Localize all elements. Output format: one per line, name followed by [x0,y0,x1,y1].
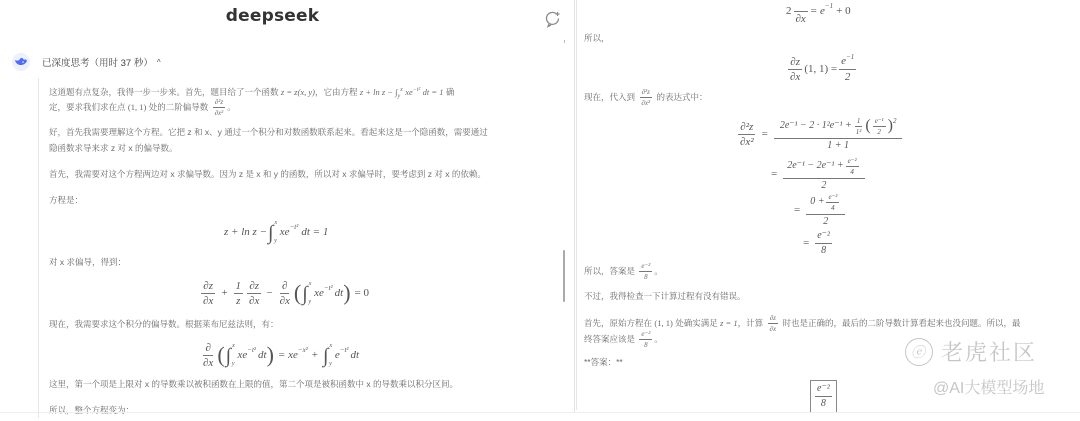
text: 定，要求我们求在点 [49,102,126,112]
derivation-line-2: = 2e⁻¹ − 2e⁻¹ + e⁻²4 2 [771,156,867,192]
thinking-header[interactable]: 已深度思考（用时 37 秒） ^ [12,53,161,71]
decor-dot [564,40,565,43]
thought-paragraph-2-line2: 隐函数求导来求 z 对 x 的偏导数。 [49,140,177,156]
text: 终答案应该是 [584,334,635,344]
thought-paragraph-r5-line2: 终答案应该是 e⁻²8。 [584,330,663,349]
text: 。 [654,334,663,344]
equation-top-partial: 2 ∂z∂x = e−1 + 0 [786,0,851,22]
thought-paragraph-r6: **答案：** [584,354,623,370]
final-answer-boxed: e⁻²8 [808,380,839,413]
math-inline: z = 1 [720,318,738,328]
thought-paragraph-r3: 所以，答案是 e⁻²8。 [584,262,663,281]
math-inline-fraction: ∂²z∂x² [213,98,226,117]
thought-paragraph-4: 方程是： [49,192,83,208]
brand-logo: deepseek [0,6,545,26]
text: 。 [654,266,663,276]
text: 所以，答案是 [584,266,635,276]
text: 。 [227,102,236,112]
watermark-line-2: @AI大模型场地 [933,375,1044,398]
text: 确 [446,87,455,97]
derivation-line-4: = e⁻²8 [803,228,834,258]
watermark-line-1: ⓔ 老虎社区 [905,336,1044,367]
thought-paragraph-8: 所以，整个方程变为： [49,402,134,418]
watermark-logo-icon: ⓔ [905,338,933,366]
text: ，计算 [738,318,764,328]
equation-2: ∂z∂x + 1z ∂z∂x − ∂∂x ( ∫xy xe−t² dt ) = … [199,273,369,313]
math-inline-fraction: ∂z∂x [768,314,779,333]
panel-divider [574,0,575,412]
deepseek-whale-icon [12,53,30,71]
math-inline-fraction: e⁻²8 [639,330,652,349]
text: 首先，原始方程在 [584,318,652,328]
math-inline: z + ln z − ∫ [360,87,398,97]
thought-paragraph-7: 这里，第一个项是上限对 x 的导数乘以被积函数在上限的值，第二个项是被积函数中 … [49,376,458,392]
text: 的表达式中： [656,92,707,102]
left-chat-panel: deepseek 已深度思考（用时 37 秒） ^ 这道题有点复杂，我得一步一步… [0,0,570,421]
new-chat-icon[interactable] [544,10,562,28]
text: ，它由方程 [315,87,358,97]
math-inline: z = z(x, y) [281,87,315,97]
equation-dzdx-value: ∂z∂x (1, 1) = e−12 [786,52,858,86]
thought-paragraph-r4: 不过，我得检查一下计算过程有没有错误。 [584,288,746,304]
text: 处的二阶偏导数 [149,102,209,112]
thought-paragraph-3: 首先，我需要对这个方程两边对 x 求偏导数。因为 z 是 x 和 y 的函数，所… [49,166,486,182]
chevron-up-icon[interactable]: ^ [157,58,161,67]
text: 现在，代入到 [584,92,635,102]
derivation-line-3: = 0 + e⁻²4 2 [794,193,847,227]
math-inline: (1, 1) [654,318,672,328]
equation-3: ∂∂x ( ∫xy xe−t² dt ) = xe−x² + ∫xy e−t² … [199,335,359,375]
text: 时也是正确的，最后的二阶导数计算看起来也没问题。所以，最 [782,318,1020,328]
thought-paragraph-6: 现在，我需要求这个积分的偏导数。根据莱布尼兹法则，有： [49,316,279,332]
text: 这道题有点复杂，我得一步一步来。首先，题目给了一个函数 [49,87,279,97]
thinking-duration-label: 已深度思考（用时 37 秒） [42,55,153,69]
equation-1: z + ln z − ∫xy xe−t² dt = 1 [224,214,328,250]
watermark: ⓔ 老虎社区 @AI大模型场地 [905,336,1044,398]
thought-content-left: 这道题有点复杂，我得一步一步来。首先，题目给了一个函数 z = z(x, y)，… [38,78,568,418]
math-inline-fraction: e⁻²8 [639,262,652,281]
math-inline: xe [405,87,413,97]
thought-paragraph-r1: 所以， [584,30,610,46]
math-inline: (1, 1) [128,102,146,112]
text: 处确实满足 [675,318,718,328]
thinking-toggle[interactable]: 已深度思考（用时 37 秒） ^ [42,55,161,69]
thought-paragraph-1-line2: 定，要求我们求在点 (1, 1) 处的二阶偏导数 ∂²z∂x²。 [49,98,236,117]
thought-paragraph-5: 对 x 求偏导，得到： [49,254,126,270]
thought-paragraph-2: 好，首先我需要理解这个方程。它把 z 和 x、y 通过一个积分和对数函数联系起来… [49,124,488,140]
watermark-text-1: 老虎社区 [941,336,1037,367]
thought-paragraph-r2: 现在，代入到 ∂²z∂x² 的表达式中： [584,88,707,107]
thought-border [576,0,577,410]
bottom-divider [0,412,1080,413]
derivation-line-1: ∂²z∂x² = 2e⁻¹ − 2 · 1²e⁻¹ + 11² ( e⁻¹2 )… [736,112,904,156]
math-inline: dt = 1 [423,87,444,97]
math-inline-fraction: ∂²z∂x² [639,88,652,107]
